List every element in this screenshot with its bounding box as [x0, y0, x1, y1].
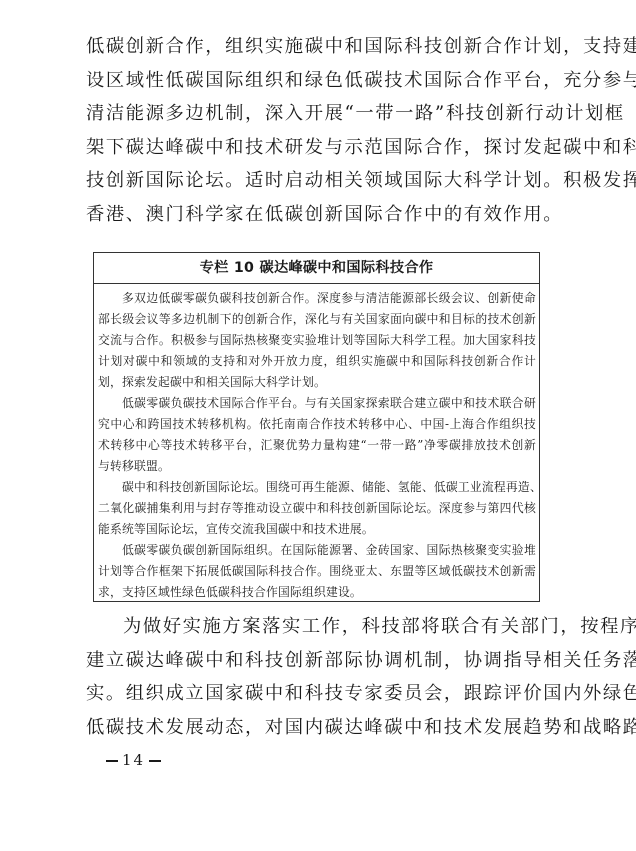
paragraph-implementation: 为做好实施方案落实工作，科技部将联合有关部门，按程序 建立碳达峰碳中和科技创新部…: [86, 610, 548, 744]
text-line: 架下碳达峰碳中和技术研发与示范国际合作，探讨发起碳中和科: [86, 131, 548, 165]
page-number-value: 14: [122, 751, 145, 769]
page-number: 14: [102, 751, 165, 769]
box-line: 计划对碳中和领域的支持和对外开放力度，组织实施碳中和国际科技创新合作计: [98, 351, 536, 372]
box-line: 多双边低碳零碳负碳科技创新合作。深度参与清洁能源部长级会议、创新使命: [98, 288, 536, 309]
text-line: 低碳创新合作，组织实施碳中和国际科技创新合作计划，支持建: [86, 30, 548, 64]
box-line: 碳中和科技创新国际论坛。围绕可再生能源、储能、氢能、低碳工业流程再造、: [98, 477, 536, 498]
dash-right: [149, 760, 161, 761]
text-line: 实。组织成立国家碳中和科技专家委员会，跟踪评价国内外绿色: [86, 677, 548, 711]
box-line: 低碳零碳负碳创新国际组织。在国际能源署、金砖国家、国际热核聚变实验堆: [98, 540, 536, 561]
box-line: 术转移中心等技术转移平台，汇聚优势力量构建“一带一路”净零碳排放技术创新: [98, 435, 536, 456]
text-line: 低碳技术发展动态，对国内碳达峰碳中和技术发展趋势和战略路: [86, 711, 548, 745]
dash-left: [106, 760, 118, 761]
box-line: 究中心和跨国技术转移机构。依托南南合作技术转移中心、中国-上海合作组织技: [98, 414, 536, 435]
box-line: 能系统等国际论坛，宣传交流我国碳中和技术进展。: [98, 519, 536, 540]
special-column-box: 专栏 10 碳达峰碳中和国际科技合作 多双边低碳零碳负碳科技创新合作。深度参与清…: [93, 252, 540, 602]
text-line: 香港、澳门科学家在低碳创新国际合作中的有效作用。: [86, 198, 548, 232]
box-line: 划，探索发起碳中和相关国际大科学计划。: [98, 372, 536, 393]
box-body: 多双边低碳零碳负碳科技创新合作。深度参与清洁能源部长级会议、创新使命 部长级会议…: [94, 284, 539, 603]
text-line: 清洁能源多边机制，深入开展“一带一路”科技创新行动计划框: [86, 97, 548, 131]
paragraph-intl-cooperation: 低碳创新合作，组织实施碳中和国际科技创新合作计划，支持建 设区域性低碳国际组织和…: [86, 30, 548, 232]
text-line: 建立碳达峰碳中和科技创新部际协调机制，协调指导相关任务落: [86, 644, 548, 678]
text-line: 为做好实施方案落实工作，科技部将联合有关部门，按程序: [86, 610, 548, 644]
text-line: 技创新国际论坛。适时启动相关领域国际大科学计划。积极发挥: [86, 164, 548, 198]
box-line: 与转移联盟。: [98, 456, 536, 477]
box-line: 交流与合作。积极参与国际热核聚变实验堆计划等国际大科学工程。加大国家科技: [98, 330, 536, 351]
box-line: 二氧化碳捕集利用与封存等推动设立碳中和科技创新国际论坛。深度参与第四代核: [98, 498, 536, 519]
box-line: 求，支持区域性绿色低碳科技合作国际组织建设。: [98, 582, 536, 603]
document-page: 低碳创新合作，组织实施碳中和国际科技创新合作计划，支持建 设区域性低碳国际组织和…: [0, 0, 636, 851]
box-line: 低碳零碳负碳技术国际合作平台。与有关国家探索联合建立碳中和技术联合研: [98, 393, 536, 414]
box-title: 专栏 10 碳达峰碳中和国际科技合作: [94, 253, 539, 284]
box-line: 计划等合作框架下拓展低碳国际科技合作。围绕亚太、东盟等区域低碳技术创新需: [98, 561, 536, 582]
box-line: 部长级会议等多边机制下的创新合作，深化与有关国家面向碳中和目标的技术创新: [98, 309, 536, 330]
text-line: 设区域性低碳国际组织和绿色低碳技术国际合作平台，充分参与: [86, 64, 548, 98]
